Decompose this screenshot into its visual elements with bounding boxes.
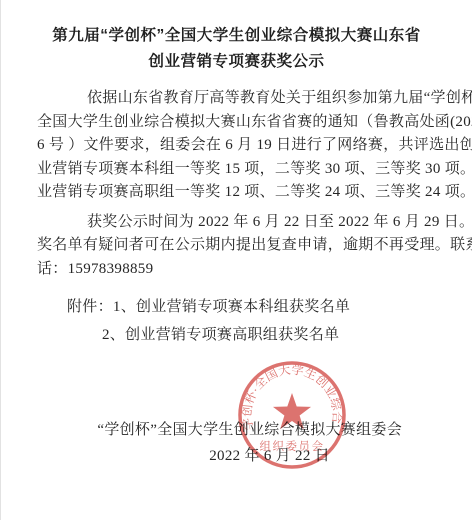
paragraph-line: 业营销专项赛本科组一等奖 15 项，二等奖 30 项、三等奖 30 项。创 bbox=[37, 158, 436, 182]
page-title: 第九届“学创杯”全国大学生创业综合模拟大赛山东省 创业营销专项赛获奖公示 bbox=[37, 23, 436, 75]
announcement-document: 第九届“学创杯”全国大学生创业综合模拟大赛山东省 创业营销专项赛获奖公示 依据山… bbox=[0, 0, 472, 520]
attachment-item-2: 2、创业营销专项赛高职组获奖名单 bbox=[37, 321, 436, 349]
paragraph-line: 话：15978398859 bbox=[37, 258, 436, 282]
title-line-2: 创业营销专项赛获奖公示 bbox=[37, 49, 436, 75]
signature-committee: “学创杯”全国大学生创业综合模拟大赛组委会 bbox=[37, 417, 436, 443]
attachments-list: 附件：1、创业营销专项赛本科组获奖名单 2、创业营销专项赛高职组获奖名单 bbox=[37, 293, 436, 349]
paragraph-2: 获奖公示时间为 2022 年 6 月 22 日至 2022 年 6 月 29 日… bbox=[37, 211, 436, 282]
attachment-item-1: 附件：1、创业营销专项赛本科组获奖名单 bbox=[37, 293, 436, 321]
paragraph-line: 全国大学生创业综合模拟大赛山东省省赛的通知（鲁教高处函(2022) bbox=[37, 111, 436, 135]
paragraph-line: 获奖公示时间为 2022 年 6 月 22 日至 2022 年 6 月 29 日… bbox=[37, 211, 436, 235]
paragraph-line: 奖名单有疑问者可在公示期内提出复查申请，逾期不再受理。联系电 bbox=[37, 234, 436, 258]
title-line-1: 第九届“学创杯”全国大学生创业综合模拟大赛山东省 bbox=[37, 23, 436, 49]
signature-block: “学创杯”全国大学生创业综合模拟大赛组委会 2022 年 6 月 22 日 bbox=[37, 417, 436, 470]
paragraph-line: 依据山东省教育厅高等教育处关于组织参加第九届“学创杯” bbox=[37, 87, 436, 111]
paragraph-line: 业营销专项赛高职组一等奖 12 项、二等奖 24 项、三等奖 24 项。 bbox=[37, 181, 436, 205]
paragraph-1: 依据山东省教育厅高等教育处关于组织参加第九届“学创杯” 全国大学生创业综合模拟大… bbox=[37, 87, 436, 205]
document-body: 依据山东省教育厅高等教育处关于组织参加第九届“学创杯” 全国大学生创业综合模拟大… bbox=[37, 87, 436, 281]
signature-date: 2022 年 6 月 22 日 bbox=[37, 443, 436, 470]
paragraph-line: 6 号 ）文件要求，组委会在 6 月 19 日进行了网络赛，共评选出创 bbox=[37, 134, 436, 158]
